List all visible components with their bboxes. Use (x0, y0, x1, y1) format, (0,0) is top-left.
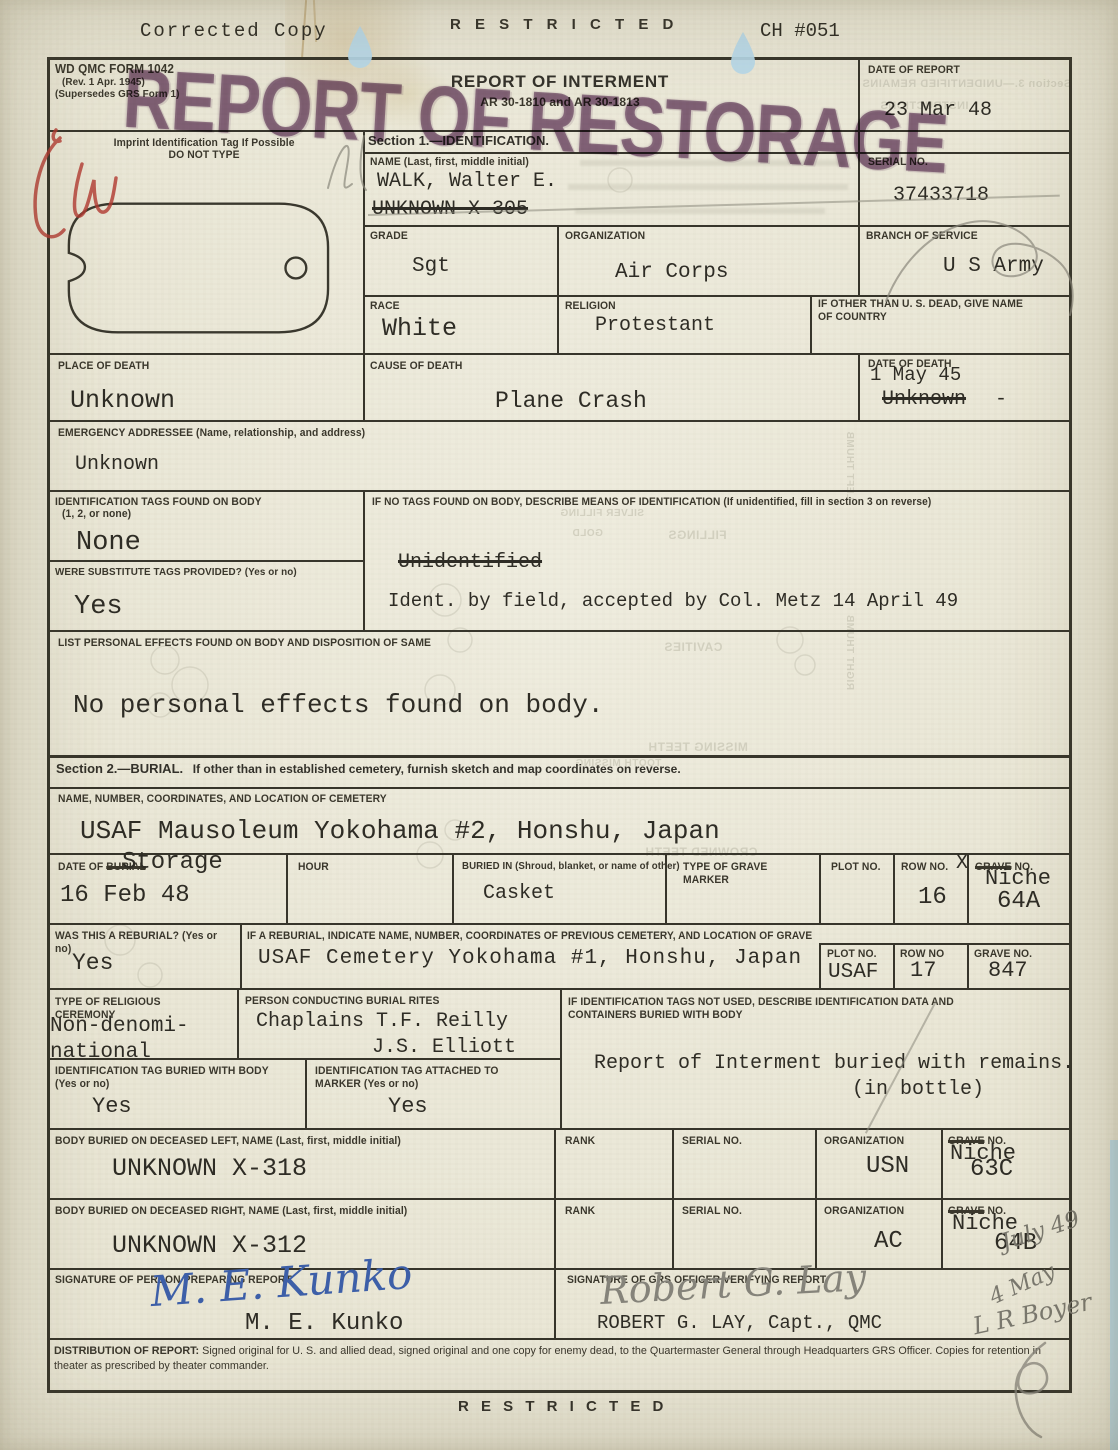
burial-rites-label: PERSON CONDUCTING BURIAL RITES (245, 995, 440, 1008)
personal-effects-label: LIST PERSONAL EFFECTS FOUND ON BODY AND … (58, 637, 431, 650)
serial-label-right: SERIAL NO. (682, 1205, 742, 1218)
body-left-org: USN (866, 1155, 909, 1179)
place-of-death-value: Unknown (70, 388, 175, 413)
restricted-banner-bottom: R E S T R I C T E D (458, 1398, 667, 1415)
grave-marker-label: TYPE OF GRAVE MARKER (683, 861, 786, 886)
religion-value: Protestant (595, 316, 715, 336)
section2-heading-rest: If other than in established cemetery, f… (193, 762, 681, 776)
grade-label: GRADE (370, 230, 408, 243)
blue-droplet (345, 24, 375, 72)
date-of-death-typed: 1 May 45 (870, 366, 961, 385)
organization-label: ORGANIZATION (565, 230, 645, 243)
id-data-label: IF IDENTIFICATION TAGS NOT USED, DESCRIB… (568, 996, 982, 1021)
org-label-left: ORGANIZATION (824, 1135, 904, 1148)
pencil-flourish (985, 1335, 1075, 1445)
restricted-banner-top: R E S T R I C T E D (450, 16, 678, 33)
row-stray-x: X (956, 854, 968, 874)
tag-attached-marker-label: IDENTIFICATION TAG ATTACHED TO MARKER (Y… (315, 1065, 536, 1090)
row-no-value: 16 (918, 886, 947, 910)
body-left-name: UNKNOWN X-318 (112, 1156, 307, 1181)
cause-of-death-label: CAUSE OF DEATH (370, 360, 462, 373)
tags-found-label: IDENTIFICATION TAGS FOUND ON BODY (55, 496, 262, 509)
tag-attached-marker-value: Yes (388, 1096, 428, 1118)
tag-buried-with-body-label: IDENTIFICATION TAG BURIED WITH BODY (Yes… (55, 1065, 281, 1090)
buried-in-label: BURIED IN (Shroud, blanket, or name of o… (462, 861, 680, 873)
ceremony-value-line1: Non-denomi- (50, 1016, 189, 1037)
hour-label: HOUR (298, 861, 329, 874)
prev-plot-value: USAF (828, 962, 878, 983)
prev-row-value: 17 (910, 960, 936, 982)
distribution-text: Signed original for U. S. and allied dea… (54, 1345, 1041, 1372)
verifier-typed-name: ROBERT G. LAY, Capt., QMC (597, 1314, 882, 1333)
prev-grave-value: 847 (988, 960, 1028, 982)
pencil-squiggle-branch (878, 205, 1088, 335)
emergency-addressee-label: EMERGENCY ADDRESSEE (Name, relationship,… (58, 427, 365, 440)
section2-heading: Section 2.—BURIAL. If other than in esta… (56, 761, 681, 776)
tags-found-value: None (76, 530, 141, 557)
date-of-death-dash: - (995, 390, 1007, 410)
serial-label-left: SERIAL NO. (682, 1135, 742, 1148)
red-pen-scribble (26, 128, 146, 278)
organization-value: Air Corps (615, 262, 728, 283)
grave-no-value: 64A (997, 890, 1040, 914)
prev-plot-label: PLOT NO. (827, 948, 877, 961)
id-data-value-line2: (in bottle) (852, 1080, 984, 1100)
religion-label: RELIGION (565, 300, 616, 313)
storage-typed-text: Storage (122, 851, 223, 875)
body-left-grave: 63C (970, 1158, 1013, 1182)
row-no-label: ROW NO. (901, 861, 948, 874)
section2-heading-main: Section 2.—BURIAL. (56, 761, 183, 776)
tag-buried-with-body-value: Yes (92, 1096, 132, 1118)
rank-label-left: RANK (565, 1135, 595, 1148)
date-of-storage-value: 16 Feb 48 (60, 884, 190, 908)
substitute-tags-label: WERE SUBSTITUTE TAGS PROVIDED? (Yes or n… (55, 566, 297, 578)
grade-value: Sgt (412, 256, 450, 277)
date-of-report-label: DATE OF REPORT (868, 64, 960, 77)
cemetery-value: USAF Mausoleum Yokohama #2, Honshu, Japa… (80, 818, 720, 844)
name-value: WALK, Walter E. (377, 172, 557, 192)
reburial-value: Yes (72, 952, 113, 975)
body-left-label: BODY BURIED ON DECEASED LEFT, NAME (Last… (55, 1135, 401, 1148)
preparer-typed-name: M. E. Kunko (245, 1312, 403, 1336)
personal-effects-value: No personal effects found on body. (73, 692, 604, 718)
race-label: RACE (370, 300, 400, 313)
place-of-death-label: PLACE OF DEATH (58, 360, 149, 373)
previous-cemetery-label: IF A REBURIAL, INDICATE NAME, NUMBER, CO… (247, 930, 812, 942)
date-of-death-struck: Unknown (882, 390, 966, 410)
no-tags-label: IF NO TAGS FOUND ON BODY, DESCRIBE MEANS… (372, 496, 931, 508)
pencil-scribble-tag (318, 126, 380, 204)
body-right-org: AC (874, 1230, 903, 1254)
cause-of-death-value: Plane Crash (495, 390, 647, 413)
previous-cemetery-value: USAF Cemetery Yokohama #1, Honshu, Japan (258, 948, 802, 969)
org-label-right: ORGANIZATION (824, 1205, 904, 1218)
date-of-label-text: DATE OF (58, 861, 103, 873)
unidentified-struck: Unidentified (398, 553, 542, 573)
niche-typed: Niche (985, 868, 1051, 890)
substitute-tags-value: Yes (74, 594, 123, 621)
buried-in-value: Casket (483, 884, 555, 904)
distribution-label: DISTRIBUTION OF REPORT: (54, 1345, 199, 1357)
rites-value-line1: Chaplains T.F. Reilly (256, 1012, 508, 1032)
distribution-note: DISTRIBUTION OF REPORT: Signed original … (54, 1344, 1054, 1374)
corrected-copy-note: Corrected Copy (140, 22, 328, 41)
emergency-addressee-value: Unknown (75, 455, 159, 475)
blue-droplet (727, 30, 759, 78)
rites-value-line2: J.S. Elliott (372, 1038, 516, 1058)
identified-by-value: Ident. by field, accepted by Col. Metz 1… (388, 592, 958, 611)
ceremony-value-line2: national (50, 1042, 151, 1063)
cemetery-label: NAME, NUMBER, COORDINATES, AND LOCATION … (58, 793, 387, 806)
rank-label-right: RANK (565, 1205, 595, 1218)
ch-number: CH #051 (760, 22, 840, 41)
race-value: White (382, 316, 457, 341)
id-data-value-line1: Report of Interment buried with remains. (594, 1054, 1074, 1074)
body-right-label: BODY BURIED ON DECEASED RIGHT, NAME (Las… (55, 1205, 407, 1218)
tags-found-label2: (1, 2, or none) (62, 508, 131, 521)
scanned-form-page: FILLINGS CAVITIES MISSING TEETH TOOTH MI… (0, 0, 1118, 1450)
body-right-name: UNKNOWN X-312 (112, 1233, 307, 1258)
plot-no-label: PLOT NO. (831, 861, 881, 874)
